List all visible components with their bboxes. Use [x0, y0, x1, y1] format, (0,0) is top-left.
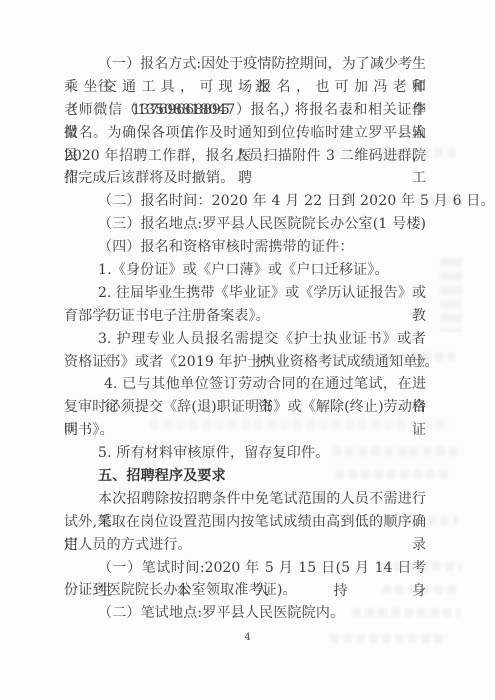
text-line: （一）笔试时间:2020 年 5 月 15 日(5 月 14 日考生本人持身 [64, 557, 426, 580]
text-line: （二）笔试地点:罗平县人民医院院内。 [64, 602, 426, 625]
bleed-through-mark [440, 258, 462, 332]
text-line: （四）报名和资格审核时需携带的证件： [64, 236, 426, 259]
page-number: 4 [0, 632, 495, 643]
text-line: （三）报名地点:罗平县人民医院院长办公室(1 号楼) [64, 213, 426, 236]
text-line: 试外,采取在岗位设置范围内按笔试成绩由高到低的顺序确定录 [64, 511, 426, 534]
text-line: 本次招聘除按招聘条件中免笔试范围的人员不需进行笔 [64, 488, 426, 511]
text-line: 复审时必须提交《辞(退)职证明书》或《解除(终止)劳动合同证 [64, 396, 426, 419]
text-line: 2020 年招聘工作群，报名人员扫描附件 3 二维码进群，招聘工 [64, 145, 426, 168]
text-line: 五、招聘程序及要求 [64, 465, 426, 488]
text-block: （一）报名方式:因处于疫情防控期间，为了减少考生往返和乘坐交通工具，可现场报名，… [64, 53, 426, 625]
text-line: 2. 往届毕业生携带《毕业证》或《学历认证报告》或《教 [64, 282, 426, 305]
text-line: 5. 所有材料审核原件，留存复印件。 [64, 442, 426, 465]
document-page: （一）报名方式:因处于疫情防控期间，为了减少考生往返和乘坐交通工具，可现场报名，… [0, 0, 495, 700]
text-line: 4. 已与其他单位签订劳动合同的在通过笔试，在进行资格 [64, 373, 426, 396]
text-line: 3. 护理专业人员报名需提交《护士执业证书》或者《护士 [64, 328, 426, 351]
text-line: （一）报名方式:因处于疫情防控期间，为了减少考生往返和 [64, 53, 426, 76]
text-line: （二）报名时间：2020 年 4 月 22 日到 2020 年 5 月 6 日。 [64, 190, 426, 213]
text-line: 1.《身份证》或《户口薄》或《户口迁移证》。 [64, 259, 426, 282]
text-line: 报名。为确保各项工作及时通知到位，临时建立罗平县人民医院 [64, 122, 426, 145]
text-line: 乘坐交通工具，可现场报名，也可加冯老师（13769668895）、李 [64, 76, 426, 99]
text-line: 资格证书》或者《2019 年护士执业资格考试成绩通知单》。 [64, 351, 426, 374]
text-line: 老师微信（13508818047）报名，将报名表和相关证件微信传输 [64, 99, 426, 122]
